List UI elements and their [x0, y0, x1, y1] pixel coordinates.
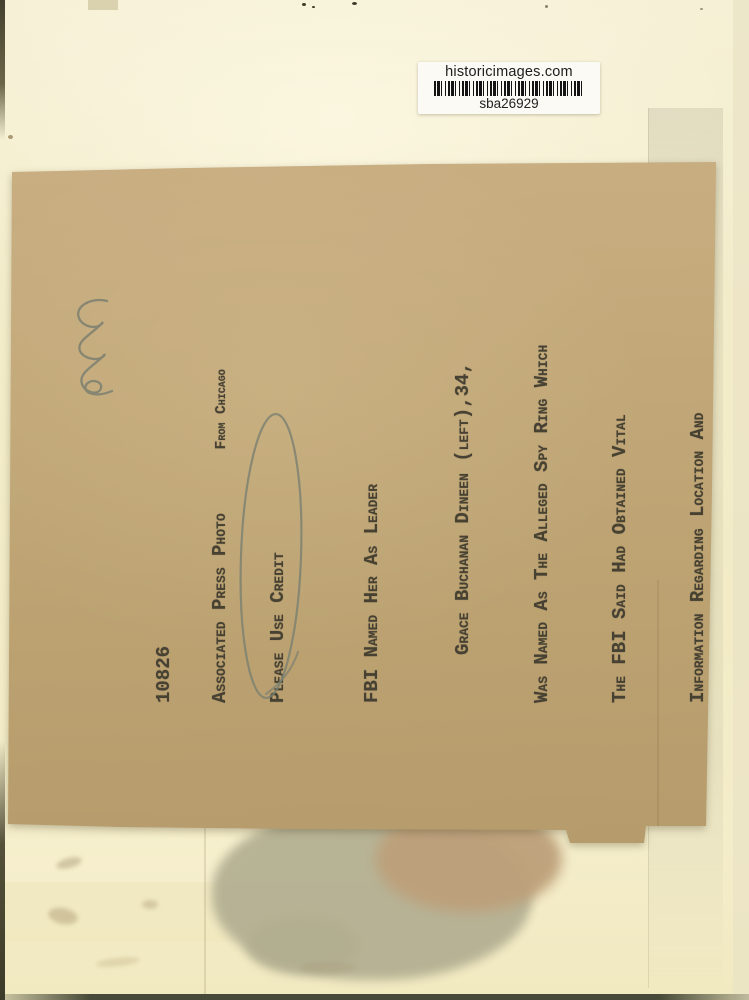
caption-headline: FBI Named Her As Leader [363, 229, 382, 703]
caption-line: Associated Press PhotoFrom Chicago [211, 229, 230, 703]
label-code-text: sba26929 [479, 97, 538, 111]
caption-origin-stamp: From Chicago [214, 369, 230, 449]
caption-line-circled-name: Grace Buchanan Dineen (left),34, [454, 229, 473, 703]
barcode-icon [434, 81, 584, 96]
caption-line: The FBI Said Had Obtained Vital [611, 229, 630, 703]
scan-edge [0, 740, 5, 1000]
photo-paper-wrap: 10826 Associated Press PhotoFrom Chicago… [0, 0, 749, 1000]
press-photo-back-scan: 10826 Associated Press PhotoFrom Chicago… [0, 0, 749, 1000]
scan-edge [0, 994, 749, 1000]
caption-line: Information Regarding Location And [689, 229, 708, 703]
caption-credit: Associated Press Photo [209, 513, 231, 703]
label-site-text: historicimages.com [445, 65, 573, 80]
photo-paper: 10826 Associated Press PhotoFrom Chicago… [8, 160, 720, 848]
barcode-label: historicimages.com sba26929 [418, 62, 600, 114]
caption-line: Please Use Credit [269, 229, 288, 703]
caption-line: 10826 [155, 229, 174, 703]
scan-edge [0, 0, 5, 140]
caption-line: Was Named As The Alleged Spy Ring Which [533, 229, 552, 703]
typewritten-caption: 10826 Associated Press PhotoFrom Chicago… [117, 229, 749, 703]
